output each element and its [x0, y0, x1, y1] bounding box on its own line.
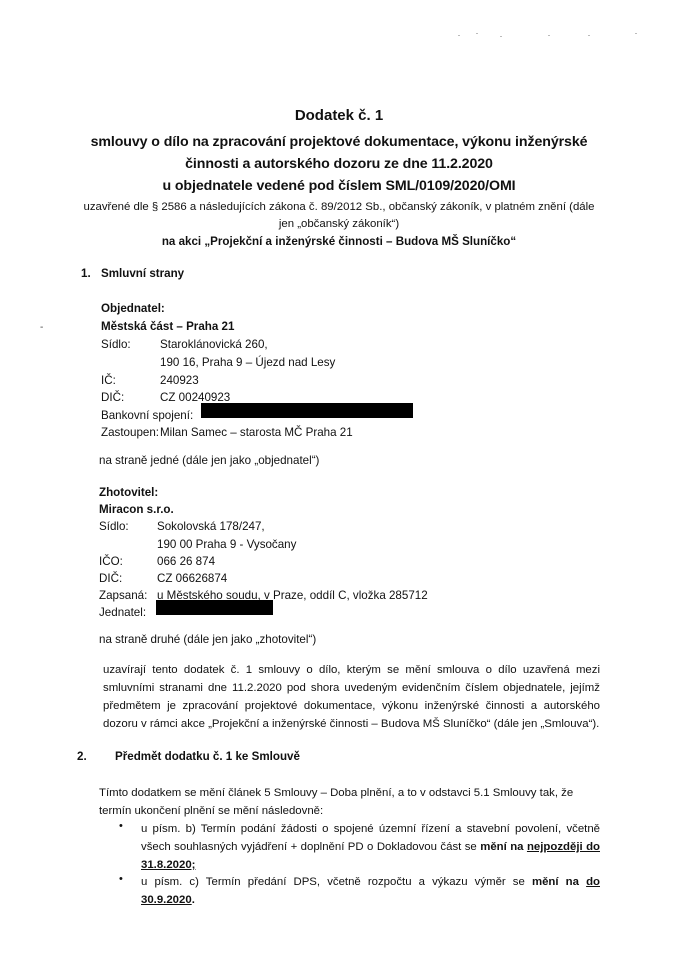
section-2-title: Předmět dodatku č. 1 ke Smlouvě	[115, 750, 300, 763]
subtitle-line-3: u objednatele vedené pod číslem SML/0109…	[0, 178, 678, 194]
contractor-ico-value: 066 26 874	[157, 555, 215, 568]
client-name: Městská část – Praha 21	[101, 320, 234, 333]
contractor-seat-line-2: 190 00 Praha 9 - Vysočany	[157, 538, 296, 551]
client-seat-label: Sídlo:	[101, 338, 131, 351]
client-dic-label: DIČ:	[101, 391, 124, 404]
client-bank-redaction	[201, 403, 413, 418]
document-title: Dodatek č. 1	[0, 107, 678, 124]
client-seat-line-1: Staroklánovická 260,	[160, 338, 268, 351]
bullet-c-bold: mění na	[532, 876, 586, 888]
section-2-number: 2.	[77, 750, 87, 763]
client-rep-label: Zastoupen:	[101, 426, 159, 439]
bullet-icon: •	[119, 820, 123, 832]
contractor-dic-value: CZ 06626874	[157, 572, 227, 585]
contractor-exec-redaction	[156, 600, 273, 615]
contractor-ico-label: IČO:	[99, 555, 123, 568]
client-rep-value: Milan Samec – starosta MČ Praha 21	[160, 426, 353, 439]
client-seat-line-2: 190 16, Praha 9 – Újezd nad Lesy	[160, 356, 335, 369]
client-heading: Objednatel:	[101, 302, 165, 315]
project-name: na akci „Projekční a inženýrské činnosti…	[0, 235, 678, 248]
subtitle-line-1: smlouvy o dílo na zpracování projektové …	[0, 134, 678, 150]
bullet-c-text: u písm. c) Termín předání DPS, včetně ro…	[141, 876, 532, 888]
contractor-reg-label: Zapsaná:	[99, 589, 147, 602]
contractor-heading: Zhotovitel:	[99, 486, 158, 499]
section-1-title: Smluvní strany	[101, 267, 184, 280]
section-1-number: 1.	[81, 267, 91, 280]
margin-mark: ‑	[40, 322, 43, 333]
bullet-icon: •	[119, 873, 123, 885]
client-ic-label: IČ:	[101, 374, 116, 387]
contractor-dic-label: DIČ:	[99, 572, 122, 585]
subtitle-line-2: činnosti a autorského dozoru ze dne 11.2…	[0, 156, 678, 172]
bullet-c-tail: .	[192, 894, 195, 906]
contractor-seat-label: Sídlo:	[99, 520, 129, 533]
contractor-seat-line-1: Sokolovská 178/247,	[157, 520, 265, 533]
legal-basis-line-2: jen „občanský zákoník“)	[0, 218, 678, 230]
contractor-side-note: na straně druhé (dále jen jako „zhotovit…	[99, 633, 316, 646]
contractor-exec-label: Jednatel:	[99, 606, 146, 619]
client-ic-value: 240923	[160, 374, 199, 387]
intro-paragraph: uzavírají tento dodatek č. 1 smlouvy o d…	[103, 661, 600, 733]
client-bank-label: Bankovní spojení:	[101, 409, 193, 422]
bullet-item-c: u písm. c) Termín předání DPS, včetně ro…	[141, 873, 600, 909]
client-side-note: na straně jedné (dále jen jako „objednat…	[99, 454, 319, 467]
contractor-name: Miracon s.r.o.	[99, 503, 174, 516]
section-2-intro: Tímto dodatkem se mění článek 5 Smlouvy …	[99, 784, 599, 820]
bullet-b-bold: mění na	[480, 841, 527, 853]
legal-basis-line-1: uzavřené dle § 2586 a následujících záko…	[0, 201, 678, 213]
bullet-item-b: u písm. b) Termín podání žádosti o spoje…	[141, 820, 600, 874]
